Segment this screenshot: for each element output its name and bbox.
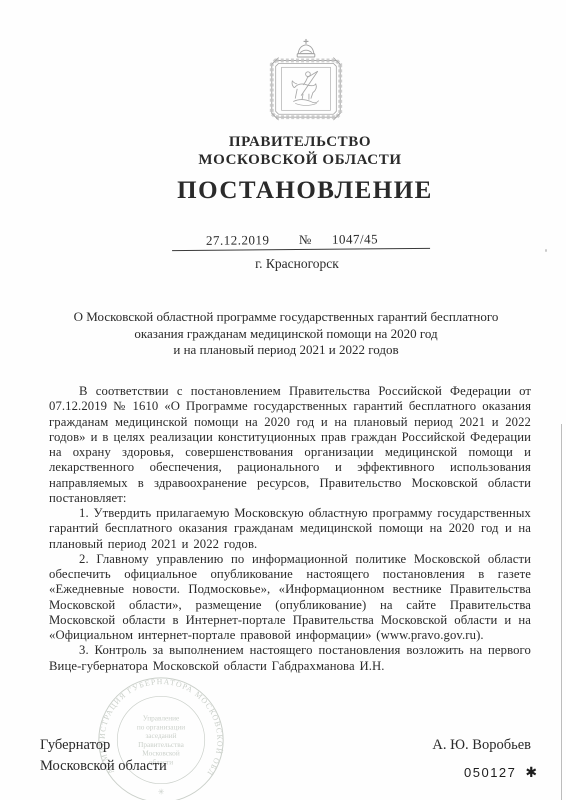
doc-title-line2: оказания гражданам медицинской помощи на…	[36, 326, 536, 343]
doc-type-title: ПОСТАНОВЛЕНИЕ	[22, 177, 566, 205]
stamp-inner-line1: Управление	[143, 715, 179, 723]
signatory-post-line2: Московской области	[40, 756, 167, 777]
org-name-line1: ПРАВИТЕЛЬСТВО	[17, 133, 566, 151]
doc-title-line3: и на плановый период 2021 и 2022 годов	[36, 342, 536, 359]
stamp-inner-line2: по организации	[137, 723, 185, 731]
footer-code-number: 050127	[464, 765, 516, 780]
stamp-bottom-mark: ✳	[158, 787, 165, 796]
signatory-post-line1: Губернатор	[40, 735, 167, 756]
doc-number: 1047/45	[332, 231, 378, 247]
signatory-post: Губернатор Московской области	[40, 735, 167, 777]
doc-title-line1: О Московской областной программе государ…	[36, 309, 536, 326]
paragraph-preamble: В соответствии с постановлением Правител…	[49, 384, 531, 506]
paragraph-item-3: 3. Контроль за выполнением настоящего по…	[49, 643, 531, 674]
doc-body: В соответствии с постановлением Правител…	[49, 384, 531, 674]
org-name-line2: МОСКОВСКОЙ ОБЛАСТИ	[17, 151, 566, 169]
scan-noise-dot	[508, 455, 510, 457]
paragraph-item-1: 1. Утвердить прилагаемую Московскую обла…	[49, 506, 531, 552]
date-number-line: 27.12.2019 № 1047/45	[172, 231, 430, 251]
document-page: ПРАВИТЕЛЬСТВО МОСКОВСКОЙ ОБЛАСТИ ПОСТАНО…	[0, 0, 566, 800]
asterisk-mark: ✱	[525, 764, 537, 780]
scan-edge-line	[561, 424, 563, 800]
place-line: г. Красногорск	[14, 256, 566, 272]
number-sign: №	[299, 232, 312, 248]
footer-code: 050127✱	[464, 764, 537, 781]
coat-of-arms-icon	[262, 37, 350, 125]
org-name: ПРАВИТЕЛЬСТВО МОСКОВСКОЙ ОБЛАСТИ	[17, 133, 566, 169]
doc-title: О Московской областной программе государ…	[36, 309, 536, 359]
paragraph-item-2: 2. Главному управлению по информационной…	[49, 552, 531, 644]
signatory-name: А. Ю. Воробьев	[432, 737, 531, 754]
doc-date: 27.12.2019	[206, 232, 270, 249]
scan-noise-dot	[545, 249, 547, 252]
